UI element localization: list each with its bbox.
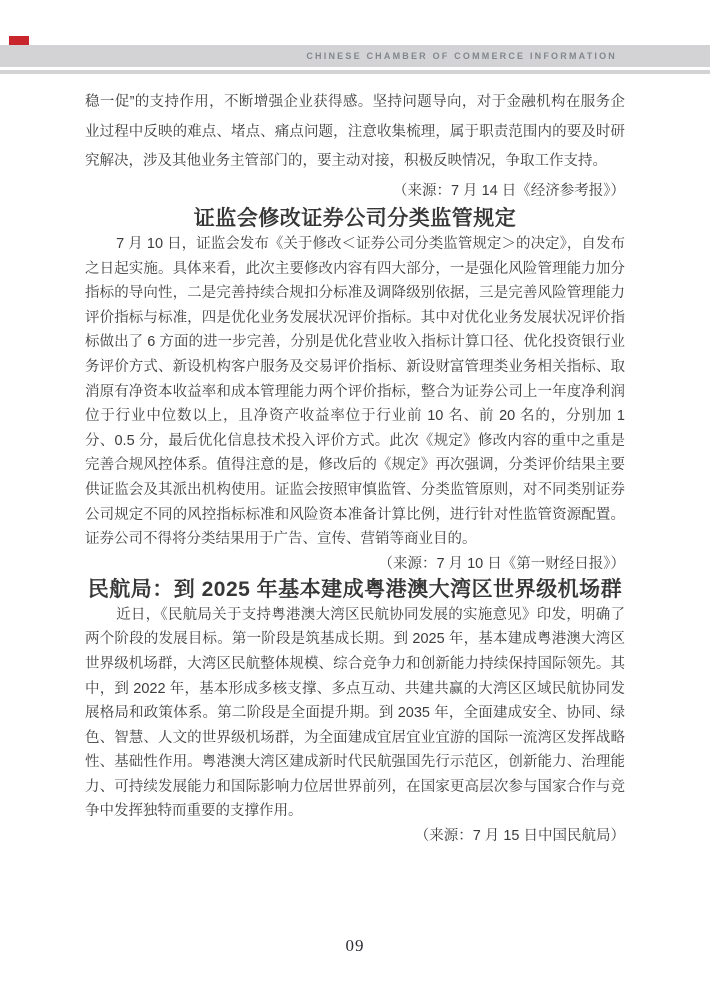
header-rule-divider (0, 70, 710, 74)
article-3-source: （来源：7 月 15 日中国民航局） (85, 824, 625, 849)
bulletin-page: CHINESE CHAMBER OF COMMERCE INFORMATION … (0, 0, 710, 994)
article-1-source: （来源：7 月 14 日《经济参考报》） (85, 177, 625, 207)
article-2-heading: 证监会修改证券公司分类监管规定 (85, 206, 625, 232)
article-2-body: 7 月 10 日，证监会发布《关于修改＜证券公司分类监管规定＞的决定》，自发布之… (85, 232, 625, 552)
article-3-body: 近日，《民航局关于支持粤港澳大湾区民航协同发展的实施意见》印发，明确了两个阶段的… (85, 603, 625, 824)
article-3-heading: 民航局：到 2025 年基本建成粤港澳大湾区世界级机场群 (85, 577, 625, 603)
header-band-title: CHINESE CHAMBER OF COMMERCE INFORMATION (306, 51, 617, 61)
article-2-source: （来源：7 月 10 日《第一财经日报》） (85, 552, 625, 577)
article-1-body: 稳一促”的支持作用，不断增强企业获得感。坚持问题导向，对于金融机构在服务企业过程… (85, 88, 625, 177)
header-band: CHINESE CHAMBER OF COMMERCE INFORMATION (0, 45, 710, 67)
page-content: 稳一促”的支持作用，不断增强企业获得感。坚持问题导向，对于金融机构在服务企业过程… (85, 88, 625, 849)
page-number: 09 (0, 936, 710, 956)
